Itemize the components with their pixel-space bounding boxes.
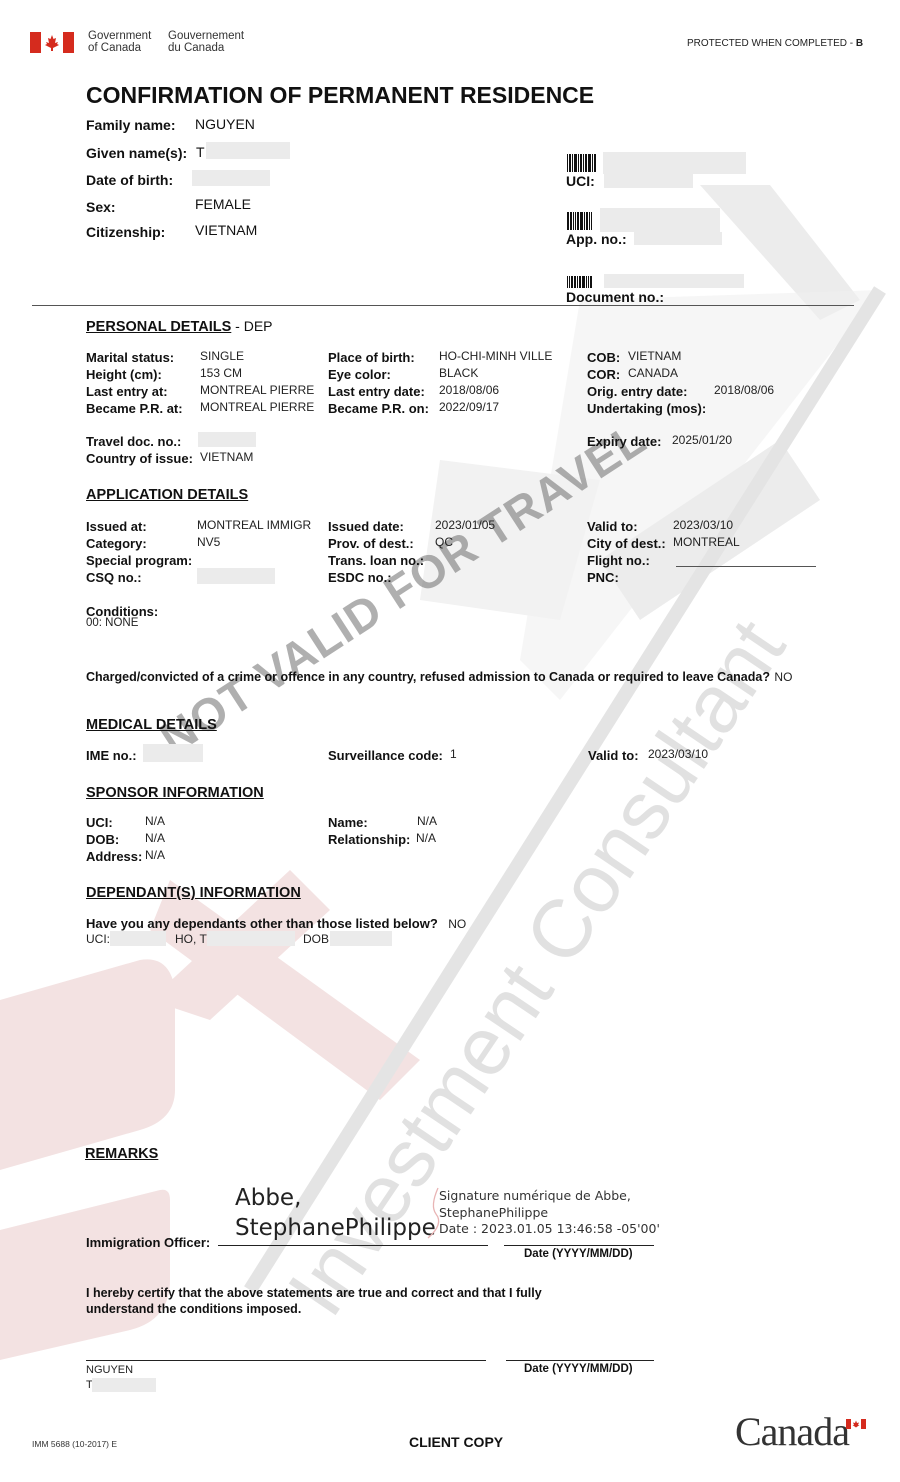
travel-doc-label: Travel doc. no.:	[86, 434, 181, 449]
pnc-label: PNC:	[587, 570, 619, 585]
issued-at-label: Issued at:	[86, 519, 147, 534]
trans-loan-label: Trans. loan no.:	[328, 553, 424, 568]
marital-status-label: Marital status:	[86, 350, 174, 365]
redacted-dob	[192, 170, 270, 186]
criminality-answer: NO	[774, 670, 792, 684]
orig-entry-date-label: Orig. entry date:	[587, 384, 687, 399]
city-dest-value: MONTREAL	[673, 535, 740, 549]
last-entry-at-label: Last entry at:	[86, 384, 168, 399]
category-label: Category:	[86, 536, 147, 551]
became-pr-on-label: Became P.R. on:	[328, 401, 429, 416]
redacted-dependant-dob	[330, 931, 392, 946]
holder-signature-line	[86, 1360, 486, 1361]
app-no-barcode-icon	[567, 212, 592, 230]
certification-statement: I hereby certify that the above statemen…	[86, 1285, 542, 1317]
became-pr-on-value: 2022/09/17	[439, 400, 499, 414]
citizenship-value: VIETNAM	[195, 222, 257, 238]
height-value: 153 CM	[200, 366, 242, 380]
holder-family-name: NGUYEN	[86, 1364, 133, 1376]
document-no-label: Document no.:	[566, 289, 664, 305]
last-entry-at-value: MONTREAL PIERRE	[200, 383, 314, 397]
cor-value: CANADA	[628, 366, 678, 380]
document-no-barcode-icon	[567, 276, 592, 288]
dependant-name: HO, T	[175, 932, 207, 946]
city-dest-label: City of dest.:	[587, 536, 666, 551]
sex-label: Sex:	[86, 199, 116, 215]
dependant-dob-label: DOB	[303, 932, 329, 946]
citizenship-label: Citizenship:	[86, 224, 165, 240]
orig-entry-date-value: 2018/08/06	[714, 383, 774, 397]
conditions-value: 00: NONE	[86, 617, 138, 629]
dependant-uci-label: UCI:	[86, 932, 110, 946]
redacted-app-no	[634, 232, 722, 245]
issued-date-value: 2023/01/05	[435, 518, 495, 532]
officer-signature-line	[218, 1245, 488, 1246]
country-of-issue-value: VIETNAM	[200, 450, 253, 464]
last-entry-date-label: Last entry date:	[328, 384, 425, 399]
expiry-date-label: Expiry date:	[587, 434, 661, 449]
holder-date-line	[506, 1360, 654, 1361]
category-value: NV5	[197, 535, 220, 549]
esdc-label: ESDC no.:	[328, 570, 392, 585]
flight-no-line	[676, 566, 816, 567]
officer-date-label: Date (YYYY/MM/DD)	[524, 1248, 633, 1260]
redacted-dependant-uci	[110, 931, 166, 946]
redacted-uci	[604, 174, 693, 188]
sponsor-name-label: Name:	[328, 815, 368, 830]
special-program-label: Special program:	[86, 553, 192, 568]
medical-details-heading: MEDICAL DETAILS	[86, 717, 217, 733]
valid-to-label: Valid to:	[587, 519, 638, 534]
last-entry-date-value: 2018/08/06	[439, 383, 499, 397]
issued-date-label: Issued date:	[328, 519, 404, 534]
medical-valid-to-value: 2023/03/10	[648, 747, 708, 761]
wordmark-flag-icon	[846, 1416, 866, 1426]
digital-signature-details: Signature numérique de Abbe, StephanePhi…	[439, 1188, 660, 1238]
surveillance-code-value: 1	[450, 747, 457, 761]
gov-en-signature: Government of Canada	[88, 30, 151, 54]
sex-value: FEMALE	[195, 196, 251, 212]
remarks-heading: REMARKS	[85, 1146, 158, 1162]
application-details-heading: APPLICATION DETAILS	[86, 487, 248, 503]
flight-no-label: Flight no.:	[587, 553, 650, 568]
surveillance-code-label: Surveillance code:	[328, 748, 443, 763]
redacted-travel-doc	[198, 432, 256, 447]
sponsor-dob-value: N/A	[145, 831, 165, 845]
redacted-holder-given-name	[92, 1378, 156, 1392]
country-of-issue-label: Country of issue:	[86, 451, 193, 466]
redacted-app-barcode	[600, 208, 720, 232]
dependants-information-heading: DEPENDANT(S) INFORMATION	[86, 885, 301, 901]
sponsor-information-heading: SPONSOR INFORMATION	[86, 785, 264, 801]
dob-label: Date of birth:	[86, 172, 173, 188]
redacted-given-names	[206, 142, 290, 159]
issued-at-value: MONTREAL IMMIGR	[197, 518, 311, 532]
pr-confirmation-document: NOT VALID FOR TRAVEL Investment Consulta…	[0, 0, 900, 1482]
personal-details-heading: PERSONAL DETAILS - DEP	[86, 318, 273, 336]
cob-value: VIETNAM	[628, 349, 681, 363]
place-of-birth-label: Place of birth:	[328, 350, 415, 365]
cor-label: COR:	[587, 367, 620, 382]
redacted-uci-barcode	[603, 152, 746, 174]
became-pr-at-value: MONTREAL PIERRE	[200, 400, 314, 414]
canada-wordmark: Canada	[735, 1408, 849, 1455]
redacted-document-barcode	[604, 274, 744, 288]
became-pr-at-label: Became P.R. at:	[86, 401, 183, 416]
holder-date-label: Date (YYYY/MM/DD)	[524, 1363, 633, 1375]
family-name-value: NGUYEN	[195, 116, 255, 132]
cob-label: COB:	[587, 350, 620, 365]
immigration-officer-label: Immigration Officer:	[86, 1235, 210, 1250]
sponsor-name-value: N/A	[417, 814, 437, 828]
sponsor-relationship-label: Relationship:	[328, 832, 410, 847]
app-no-label: App. no.:	[566, 231, 627, 247]
page-title: CONFIRMATION OF PERMANENT RESIDENCE	[86, 82, 594, 109]
medical-valid-to-label: Valid to:	[588, 748, 639, 763]
officer-date-line	[504, 1245, 654, 1246]
uci-barcode-icon	[567, 154, 596, 172]
sponsor-uci-value: N/A	[145, 814, 165, 828]
gov-fr-signature: Gouvernement du Canada	[168, 30, 244, 54]
officer-signature: Abbe, StephanePhilippe	[235, 1183, 436, 1243]
form-code: IMM 5688 (10-2017) E	[32, 1439, 117, 1449]
sponsor-uci-label: UCI:	[86, 815, 113, 830]
given-names-label: Given name(s):	[86, 145, 187, 161]
prov-dest-value: QC	[435, 535, 453, 549]
ime-no-label: IME no.:	[86, 748, 137, 763]
criminality-question: Charged/convicted of a crime or offence …	[86, 668, 792, 686]
client-copy-label: CLIENT COPY	[409, 1434, 503, 1450]
undertaking-label: Undertaking (mos):	[587, 401, 706, 416]
valid-to-value: 2023/03/10	[673, 518, 733, 532]
protected-classification: PROTECTED WHEN COMPLETED - B	[687, 38, 863, 49]
given-names-value: T	[196, 144, 205, 160]
expiry-date-value: 2025/01/20	[672, 433, 732, 447]
sponsor-address-value: N/A	[145, 848, 165, 862]
sponsor-address-label: Address:	[86, 849, 142, 864]
prov-dest-label: Prov. of dest.:	[328, 536, 414, 551]
eye-color-value: BLACK	[439, 366, 478, 380]
header-divider	[32, 305, 854, 306]
uci-label: UCI:	[566, 173, 595, 189]
dependants-answer: NO	[448, 917, 466, 931]
place-of-birth-value: HO-CHI-MINH VILLE	[439, 349, 552, 363]
redacted-ime-no	[143, 744, 203, 762]
canada-flag-icon	[30, 32, 74, 53]
family-name-label: Family name:	[86, 117, 175, 133]
background-watermark-logo	[0, 0, 900, 1482]
marital-status-value: SINGLE	[200, 349, 244, 363]
sponsor-relationship-value: N/A	[416, 831, 436, 845]
redacted-dependant-name	[207, 931, 295, 946]
csq-label: CSQ no.:	[86, 570, 142, 585]
height-label: Height (cm):	[86, 367, 162, 382]
eye-color-label: Eye color:	[328, 367, 391, 382]
redacted-csq	[197, 568, 275, 584]
sponsor-dob-label: DOB:	[86, 832, 119, 847]
